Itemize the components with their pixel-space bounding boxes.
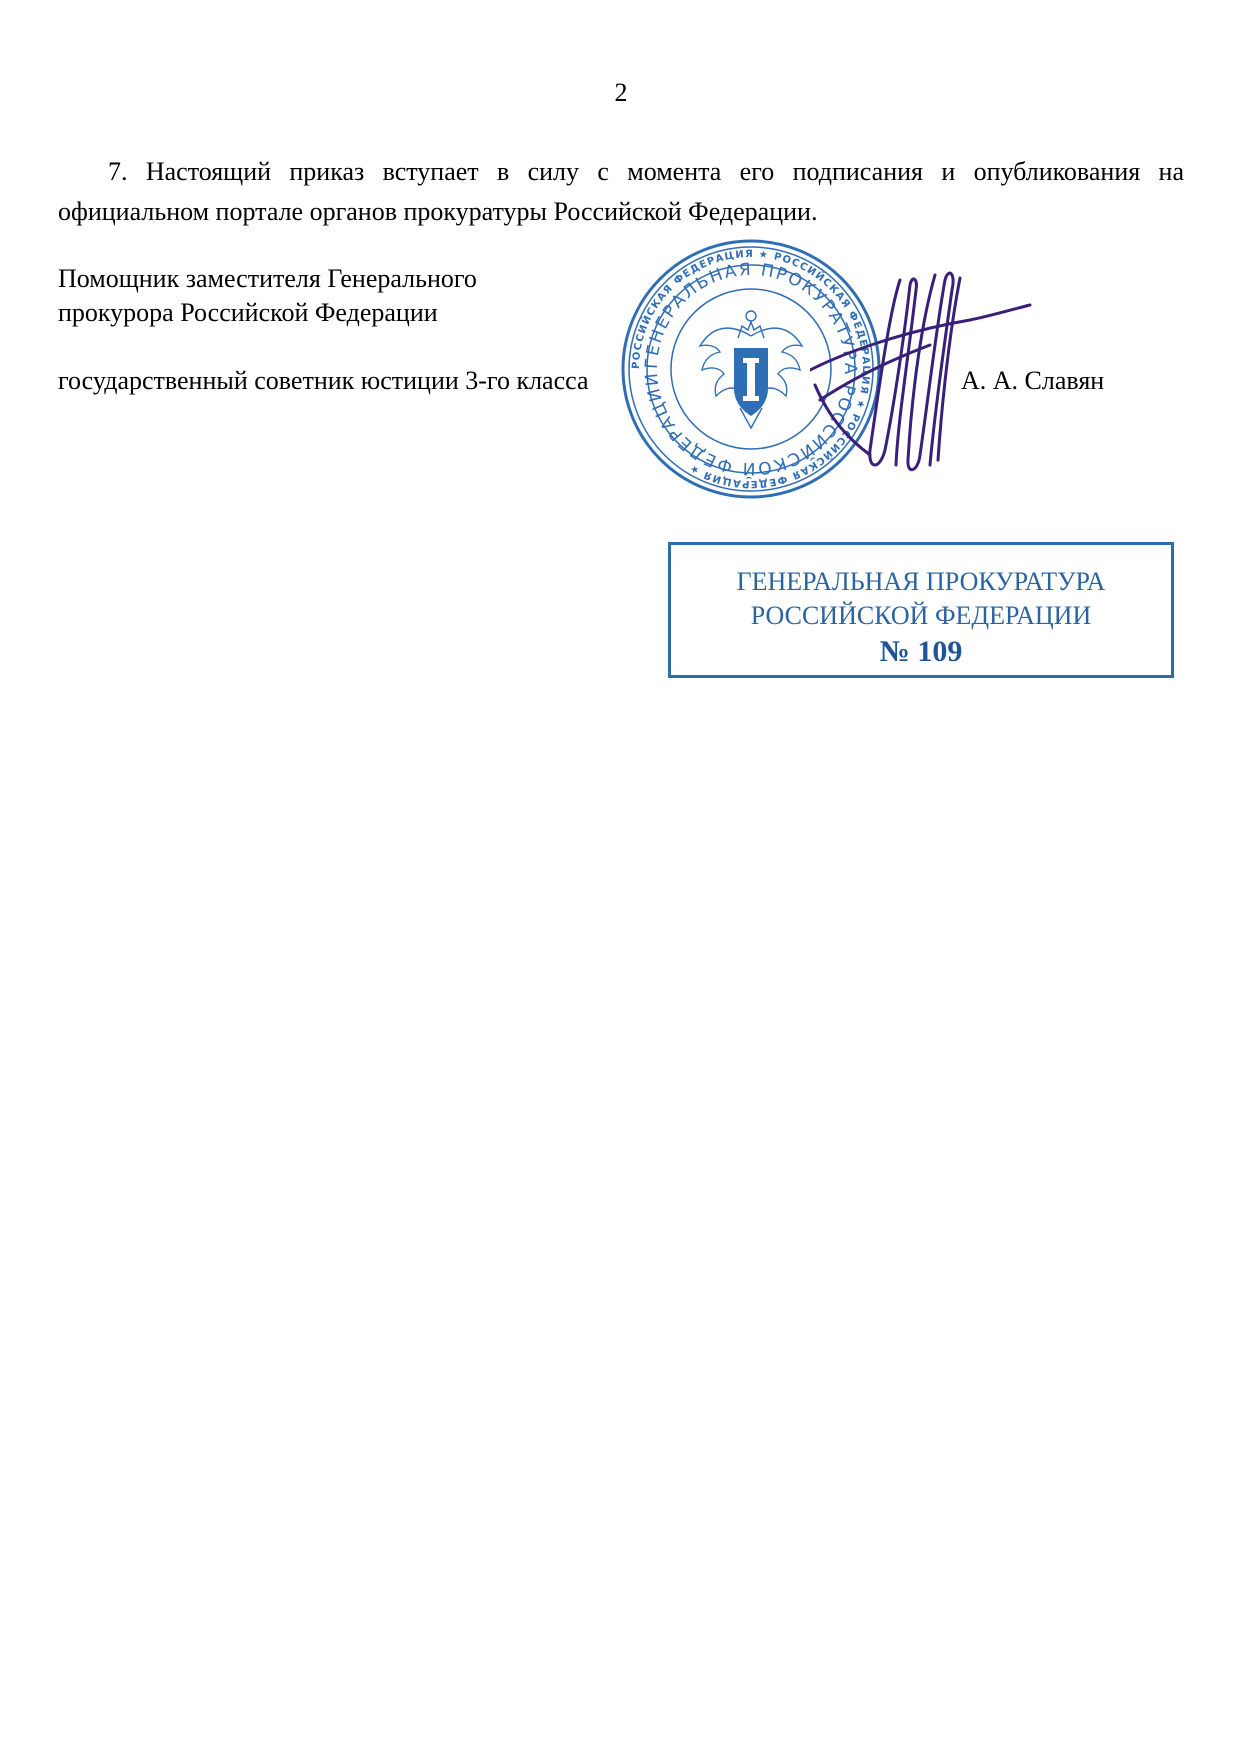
registration-stamp-line-1: ГЕНЕРАЛЬНАЯ ПРОКУРАТУРА	[671, 565, 1171, 599]
signatory-name: А. А. Славян	[961, 364, 1104, 398]
paragraph-7: 7. Настоящий приказ вступает в силу с мо…	[58, 152, 1184, 232]
paragraph-7-line-2: официальном портале органов прокуратуры …	[58, 197, 817, 226]
page-number: 2	[0, 78, 1242, 108]
paragraph-7-line-1: 7. Настоящий приказ вступает в силу с мо…	[58, 152, 1184, 192]
signatory-position-line-2: прокурора Российской Федерации	[58, 296, 477, 330]
registration-number: № 109	[671, 633, 1171, 671]
signatory-position: Помощник заместителя Генерального прокур…	[58, 262, 477, 330]
registration-stamp: ГЕНЕРАЛЬНАЯ ПРОКУРАТУРА РОССИЙСКОЙ ФЕДЕР…	[668, 542, 1174, 678]
registration-stamp-line-2: РОССИЙСКОЙ ФЕДЕРАЦИИ	[671, 599, 1171, 633]
signatory-rank: государственный советник юстиции 3-го кл…	[58, 364, 589, 398]
signatory-position-line-1: Помощник заместителя Генерального	[58, 262, 477, 296]
